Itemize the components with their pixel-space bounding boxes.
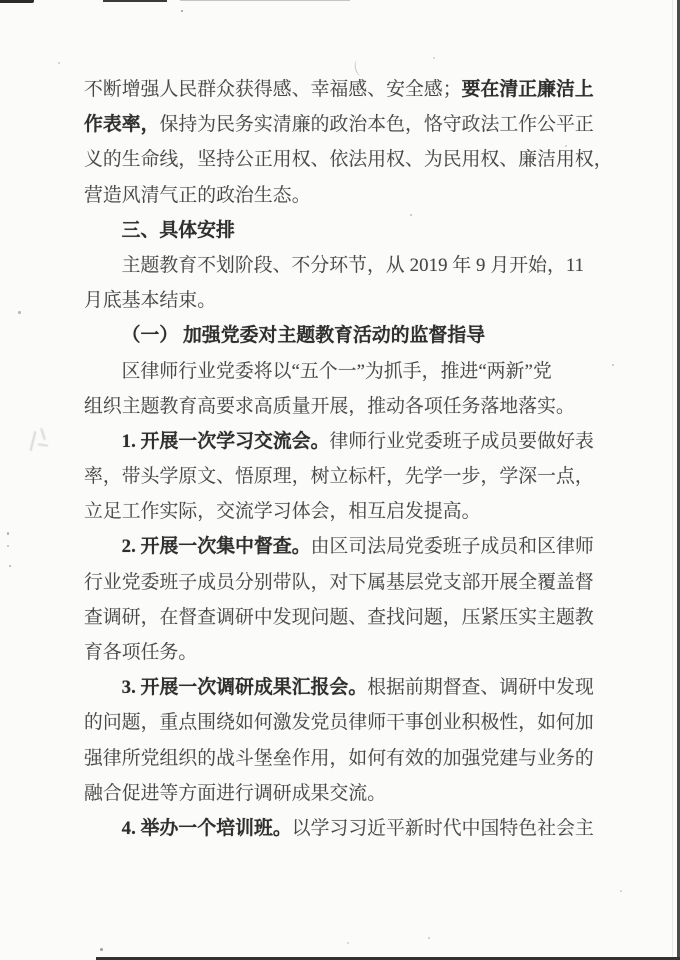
paragraph-heading2: （一） 加强党委对主题教育活动的监督指导 (84, 318, 596, 353)
text-line: 2. 开展一次集中督查。由区司法局党委班子成员和区律师 (84, 529, 596, 564)
text-line: 查调研，在督查调研中发现问题、查找问题，压紧压实主题教 (84, 600, 596, 635)
text-segment: 主题教育不划阶段、不分环节，从 2019 年 9 月开始，11 (122, 255, 585, 276)
scan-speckle (433, 57, 435, 59)
text-line: 融合促进等方面进行调研成果交流。 (84, 776, 596, 811)
scan-speckle (612, 364, 614, 366)
document-body: 不断增强人民群众获得感、幸福感、安全感；要在清正廉洁上作表率，保持为民务实清廉的… (84, 72, 596, 846)
text-segment-bold: 1. 开展一次学习交流会。 (122, 431, 330, 452)
scan-smudge (26, 428, 58, 458)
paragraph: 不断增强人民群众获得感、幸福感、安全感；要在清正廉洁上作表率，保持为民务实清廉的… (84, 72, 596, 213)
text-segment-bold: （一） 加强党委对主题教育活动的监督指导 (122, 325, 486, 346)
scan-speckle (58, 62, 60, 64)
paragraph-heading1: 三、具体安排 (84, 213, 596, 248)
text-segment-bold: 三、具体安排 (122, 220, 235, 241)
text-segment-bold: 4. 举办一个培训班。 (122, 818, 292, 839)
text-segment-bold: 2. 开展一次集中督查。 (122, 536, 311, 557)
text-line: 不断增强人民群众获得感、幸福感、安全感；要在清正廉洁上 (84, 72, 596, 107)
text-segment: 以学习习近平新时代中国特色社会主 (292, 818, 594, 839)
paragraph: 2. 开展一次集中督查。由区司法局党委班子成员和区律师行业党委班子成员分别带队，… (84, 529, 596, 670)
scan-edge-top-faint (180, 0, 350, 1)
scan-speckle (347, 942, 349, 944)
text-segment: 根据前期督查、调研中发现 (367, 677, 594, 698)
scan-speckle (620, 890, 622, 892)
scan-edge-top-left (0, 0, 34, 3)
text-line: 主题教育不划阶段、不分环节，从 2019 年 9 月开始，11 (84, 248, 596, 283)
text-line: 义的生命线，坚持公正用权、依法用权、为民用权、廉洁用权， (84, 142, 596, 177)
text-segment: 营造风清气正的政治生态。 (84, 185, 311, 206)
text-segment: 育各项任务。 (84, 642, 197, 663)
paragraph: 4. 举办一个培训班。以学习习近平新时代中国特色社会主 (84, 811, 596, 846)
scan-edge-top-middle (103, 0, 167, 2)
text-segment: 组织主题教育高要求高质量开展，推动各项任务落地落实。 (84, 396, 575, 417)
text-line: 区律师行业党委将以“五个一”为抓手，推进“两新”党 (84, 354, 596, 389)
document-page: 不断增强人民群众获得感、幸福感、安全感；要在清正廉洁上作表率，保持为民务实清廉的… (0, 0, 680, 960)
text-line: （一） 加强党委对主题教育活动的监督指导 (84, 318, 596, 353)
scan-speckle (7, 545, 9, 547)
text-segment-bold: 作表率， (84, 114, 160, 135)
text-line: 4. 举办一个培训班。以学习习近平新时代中国特色社会主 (84, 811, 596, 846)
text-segment: 义的生命线，坚持公正用权、依法用权、为民用权、廉洁用权， (84, 149, 613, 170)
paragraph: 主题教育不划阶段、不分环节，从 2019 年 9 月开始，11月底基本结束。 (84, 248, 596, 318)
text-segment: 查调研，在督查调研中发现问题、查找问题，压紧压实主题教 (84, 607, 594, 628)
scan-edge-right-faint (672, 0, 673, 960)
text-line: 率，带头学原文、悟原理，树立标杆，先学一步，学深一点， (84, 459, 596, 494)
text-line: 强律所党组织的战斗堡垒作用，如何有效的加强党建与业务的 (84, 741, 596, 776)
text-segment: 强律所党组织的战斗堡垒作用，如何有效的加强党建与业务的 (84, 748, 594, 769)
text-segment: 率，带头学原文、悟原理，树立标杆，先学一步，学深一点， (84, 466, 594, 487)
text-segment: 月底基本结束。 (84, 290, 216, 311)
scan-speckle (7, 532, 9, 535)
text-line: 立足工作实际，交流学习体会，相互启发提高。 (84, 494, 596, 529)
scan-speckle (181, 10, 183, 12)
paragraph: 1. 开展一次学习交流会。律师行业党委班子成员要做好表率，带头学原文、悟原理，树… (84, 424, 596, 530)
scan-speckle (9, 565, 11, 567)
text-segment: 行业党委班子成员分别带队，对下属基层党支部开展全覆盖督 (84, 572, 594, 593)
scan-speckle (100, 948, 103, 951)
text-line: 营造风清气正的政治生态。 (84, 178, 596, 213)
text-line: 作表率，保持为民务实清廉的政治本色，恪守政法工作公平正 (84, 107, 596, 142)
text-line: 行业党委班子成员分别带队，对下属基层党支部开展全覆盖督 (84, 565, 596, 600)
text-line: 育各项任务。 (84, 635, 596, 670)
scan-speckle (428, 937, 430, 939)
text-segment: 立足工作实际，交流学习体会，相互启发提高。 (84, 501, 481, 522)
text-line: 3. 开展一次调研成果汇报会。根据前期督查、调研中发现 (84, 670, 596, 705)
text-line: 月底基本结束。 (84, 283, 596, 318)
text-line: 1. 开展一次学习交流会。律师行业党委班子成员要做好表 (84, 424, 596, 459)
text-line: 的问题，重点围绕如何激发党员律师干事创业积极性，如何加 (84, 705, 596, 740)
text-segment: 不断增强人民群众获得感、幸福感、安全感； (84, 79, 462, 100)
text-segment: 融合促进等方面进行调研成果交流。 (84, 783, 386, 804)
text-segment: 区律师行业党委将以“五个一”为抓手，推进“两新”党 (122, 361, 552, 382)
text-segment: 由区司法局党委班子成员和区律师 (311, 536, 594, 557)
text-segment-bold: 要在清正廉洁上 (462, 79, 594, 100)
text-segment: 律师行业党委班子成员要做好表 (330, 431, 594, 452)
text-line: 组织主题教育高要求高质量开展，推动各项任务落地落实。 (84, 389, 596, 424)
text-segment: 保持为民务实清廉的政治本色，恪守政法工作公平正 (160, 114, 594, 135)
text-segment-bold: 3. 开展一次调研成果汇报会。 (122, 677, 368, 698)
text-line: 三、具体安排 (84, 213, 596, 248)
paragraph: 3. 开展一次调研成果汇报会。根据前期督查、调研中发现的问题，重点围绕如何激发党… (84, 670, 596, 811)
paragraph: 区律师行业党委将以“五个一”为抓手，推进“两新”党组织主题教育高要求高质量开展，… (84, 354, 596, 424)
text-segment: 的问题，重点围绕如何激发党员律师干事创业积极性，如何加 (84, 712, 594, 733)
scan-speckle (18, 311, 21, 314)
